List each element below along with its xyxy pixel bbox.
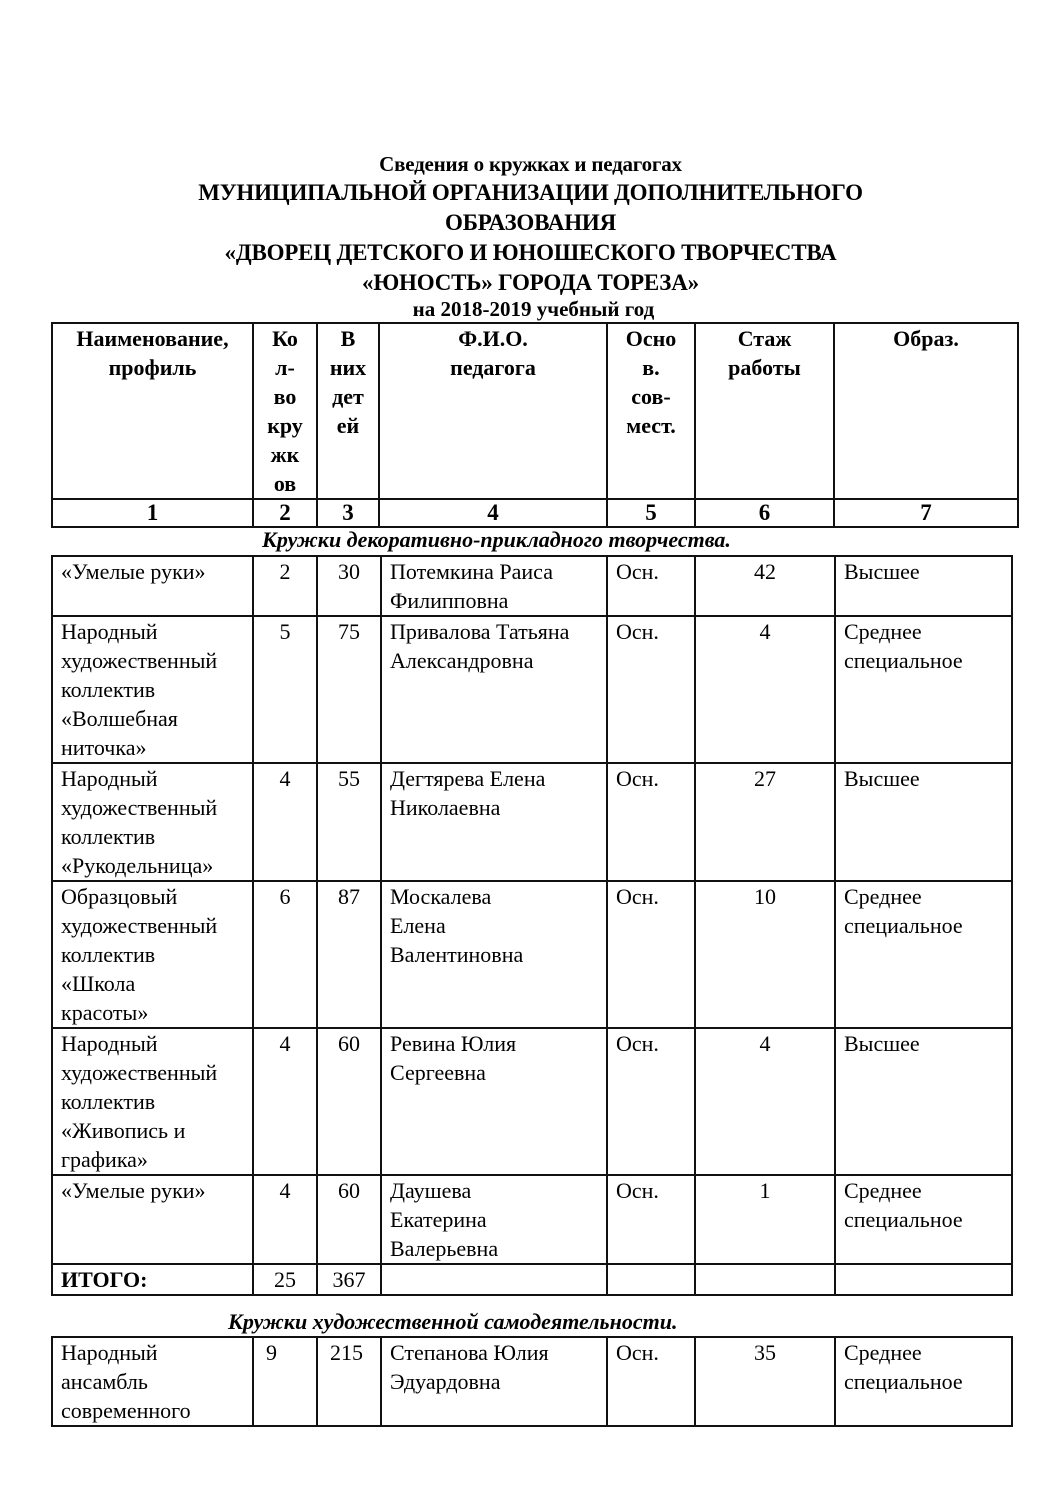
title-line-4: «ДВОРЕЦ ДЕТСКОГО И ЮНОШЕСКОГО ТВОРЧЕСТВА [0, 238, 1061, 268]
col-number: 5 [607, 499, 695, 527]
header-col-2: Кол-вокружков [253, 323, 317, 499]
circle-name: Народныйансамбльсовременного [52, 1337, 253, 1426]
circle-name: «Умелые руки» [52, 1175, 253, 1264]
work-experience: 4 [695, 616, 835, 763]
teacher-name: МоскалеваЕленаВалентиновна [381, 881, 607, 1028]
header-col-1: Наименование,профиль [52, 323, 253, 499]
section-title-decorative: Кружки декоративно-прикладного творчеств… [262, 527, 731, 553]
table-row: «Умелые руки»460ДаушеваЕкатеринаВалерьев… [52, 1175, 1012, 1264]
teacher-name: Степанова ЮлияЭдуардовна [381, 1337, 607, 1426]
teacher-name: Привалова ТатьянаАлександровна [381, 616, 607, 763]
empty-cell [835, 1264, 1012, 1295]
children-count: 87 [317, 881, 381, 1028]
col-number: 1 [52, 499, 253, 527]
circle-name: Народныйхудожественныйколлектив«Живопись… [52, 1028, 253, 1175]
work-experience: 27 [695, 763, 835, 881]
education: Высшее [835, 763, 1012, 881]
total-groups: 25 [253, 1264, 317, 1295]
table-row: Народныйхудожественныйколлектив«Рукодель… [52, 763, 1012, 881]
teacher-name: Дегтярева ЕленаНиколаевна [381, 763, 607, 881]
header-col-3: Внихдетей [317, 323, 379, 499]
employment-basis: Осн. [607, 881, 695, 1028]
title-line-3: ОБРАЗОВАНИЯ [0, 208, 1061, 238]
col-number: 7 [834, 499, 1018, 527]
education: Высшее [835, 556, 1012, 616]
groups-count: 9 [253, 1337, 317, 1426]
circle-name: «Умелые руки» [52, 556, 253, 616]
table-row: Народныйхудожественныйколлектив«Волшебна… [52, 616, 1012, 763]
employment-basis: Осн. [607, 1337, 695, 1426]
children-count: 55 [317, 763, 381, 881]
document-title: Сведения о кружках и педагогах МУНИЦИПАЛ… [0, 150, 1061, 320]
title-year: на 2018-2019 учебный год [0, 298, 1061, 320]
education: Среднееспециальное [835, 616, 1012, 763]
header-col-5: Основ.сов-мест. [607, 323, 695, 499]
employment-basis: Осн. [607, 763, 695, 881]
title-line-1: Сведения о кружках и педагогах [0, 150, 1061, 178]
section-title-amateur: Кружки художественной самодеятельности. [228, 1309, 677, 1335]
groups-count: 5 [253, 616, 317, 763]
children-count: 60 [317, 1175, 381, 1264]
education: Высшее [835, 1028, 1012, 1175]
teacher-name: Потемкина РаисаФилипповна [381, 556, 607, 616]
groups-count: 2 [253, 556, 317, 616]
empty-cell [607, 1264, 695, 1295]
teacher-name: Ревина ЮлияСергеевна [381, 1028, 607, 1175]
empty-cell [695, 1264, 835, 1295]
teacher-name: ДаушеваЕкатеринаВалерьевна [381, 1175, 607, 1264]
education: Среднееспециальное [835, 1337, 1012, 1426]
groups-count: 4 [253, 1175, 317, 1264]
total-row: ИТОГО:25367 [52, 1264, 1012, 1295]
circle-name: Образцовыйхудожественныйколлектив«Школак… [52, 881, 253, 1028]
title-line-2: МУНИЦИПАЛЬНОЙ ОРГАНИЗАЦИИ ДОПОЛНИТЕЛЬНОГ… [0, 178, 1061, 208]
section-table-decorative: «Умелые руки»230Потемкина РаисаФилипповн… [51, 555, 1013, 1296]
header-col-6: Стажработы [695, 323, 834, 499]
column-number-row: 1 2 3 4 5 6 7 [52, 499, 1018, 527]
table-row: «Умелые руки»230Потемкина РаисаФилипповн… [52, 556, 1012, 616]
table-row: Народныйхудожественныйколлектив«Живопись… [52, 1028, 1012, 1175]
table-row: Образцовыйхудожественныйколлектив«Школак… [52, 881, 1012, 1028]
employment-basis: Осн. [607, 1028, 695, 1175]
work-experience: 42 [695, 556, 835, 616]
col-number: 4 [379, 499, 607, 527]
header-col-7: Образ. [834, 323, 1018, 499]
work-experience: 35 [695, 1337, 835, 1426]
children-count: 60 [317, 1028, 381, 1175]
employment-basis: Осн. [607, 1175, 695, 1264]
header-table: Наименование,профиль Кол-вокружков Внихд… [51, 322, 1019, 528]
col-number: 2 [253, 499, 317, 527]
work-experience: 10 [695, 881, 835, 1028]
total-label: ИТОГО: [52, 1264, 253, 1295]
children-count: 215 [317, 1337, 381, 1426]
children-count: 75 [317, 616, 381, 763]
title-line-5: «ЮНОСТЬ» ГОРОДА ТОРЕЗА» [0, 268, 1061, 298]
children-count: 30 [317, 556, 381, 616]
total-children: 367 [317, 1264, 381, 1295]
groups-count: 6 [253, 881, 317, 1028]
col-number: 6 [695, 499, 834, 527]
table-row: Народныйансамбльсовременного9215Степанов… [52, 1337, 1012, 1426]
circle-name: Народныйхудожественныйколлектив«Волшебна… [52, 616, 253, 763]
employment-basis: Осн. [607, 616, 695, 763]
empty-cell [381, 1264, 607, 1295]
work-experience: 4 [695, 1028, 835, 1175]
header-row: Наименование,профиль Кол-вокружков Внихд… [52, 323, 1018, 499]
employment-basis: Осн. [607, 556, 695, 616]
education: Среднееспециальное [835, 881, 1012, 1028]
work-experience: 1 [695, 1175, 835, 1264]
header-col-4: Ф.И.О.педагога [379, 323, 607, 499]
section-table-amateur: Народныйансамбльсовременного9215Степанов… [51, 1336, 1013, 1427]
circle-name: Народныйхудожественныйколлектив«Рукодель… [52, 763, 253, 881]
education: Среднееспециальное [835, 1175, 1012, 1264]
col-number: 3 [317, 499, 379, 527]
groups-count: 4 [253, 1028, 317, 1175]
groups-count: 4 [253, 763, 317, 881]
